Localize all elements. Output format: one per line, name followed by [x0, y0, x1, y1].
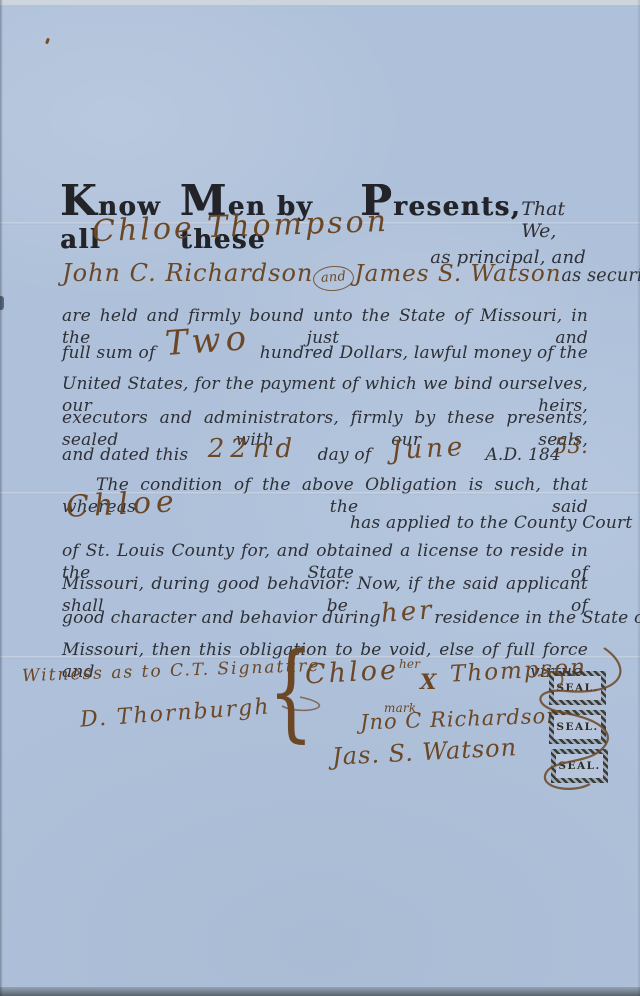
seal-stamp-3: SEAL.	[551, 749, 608, 783]
signature-x-mark: X	[420, 671, 437, 693]
dated-mid: day of	[318, 444, 372, 466]
seal-label: SEAL.	[556, 754, 603, 778]
security-name-1-handwritten: John C. Richardson	[62, 262, 313, 284]
securities-conjunction-handwritten: and	[313, 265, 356, 293]
heading-suffix: That We,	[521, 198, 588, 242]
scanned-bond-document: Know all Men by these Presents, That We,…	[0, 0, 640, 996]
condition-line-5-prefix: good character and behavior during	[62, 607, 381, 629]
seal-stamp-2: SEAL.	[549, 710, 606, 744]
sum-amount-handwritten: Two	[164, 327, 251, 355]
condition-line-5: good character and behavior during her r…	[62, 604, 588, 629]
dated-line: and dated this 22nd day of June A.D. 184…	[62, 441, 588, 466]
applicant-name-handwritten: Chloe	[66, 491, 180, 519]
signature-her: her	[399, 653, 420, 675]
dated-day-handwritten: 22nd	[208, 438, 298, 460]
pronoun-handwritten: her	[380, 599, 435, 625]
body-line-2: full sum of Two hundred Dollars, lawful …	[62, 336, 588, 364]
signature-witness: D. Thornburgh	[79, 696, 271, 731]
dated-year-printed: A.D. 184	[485, 445, 561, 465]
principal-name-handwritten: Chloe Thompson	[92, 211, 390, 243]
paper-bottom-edge	[0, 987, 640, 996]
edge-notch	[0, 296, 4, 310]
dated-prefix: and dated this	[62, 444, 188, 466]
seal-label: SEAL.	[554, 676, 601, 700]
signature-richardson: Jno C Richardson	[360, 705, 561, 734]
seal-stamp-1: SEAL.	[549, 671, 606, 705]
dated-year: A.D. 18453.	[485, 442, 588, 466]
dated-year-handwritten: 53.	[554, 434, 588, 458]
condition-line-2: has applied to the County Court	[350, 512, 588, 534]
sum-suffix: hundred Dollars, lawful money of the	[260, 342, 588, 364]
dated-month-handwritten: June	[390, 436, 466, 462]
brace-flourish: {	[268, 644, 314, 739]
security-name-2-handwritten: James S. Watson	[354, 263, 561, 285]
securities-row: John C. Richardson and James S. Watson a…	[62, 262, 588, 291]
paper-left-edge	[0, 0, 3, 996]
sum-prefix: full sum of	[62, 342, 155, 364]
paper-top-edge	[0, 0, 640, 5]
signature-watson: Jas. S. Watson	[332, 736, 518, 768]
condition-line-5-suffix: residence in the State of	[434, 607, 640, 629]
seal-label: SEAL.	[554, 715, 601, 739]
securities-label: as securities,	[562, 265, 640, 287]
signature-chloe-first: Chloe	[304, 660, 399, 687]
ink-speck	[45, 38, 50, 45]
